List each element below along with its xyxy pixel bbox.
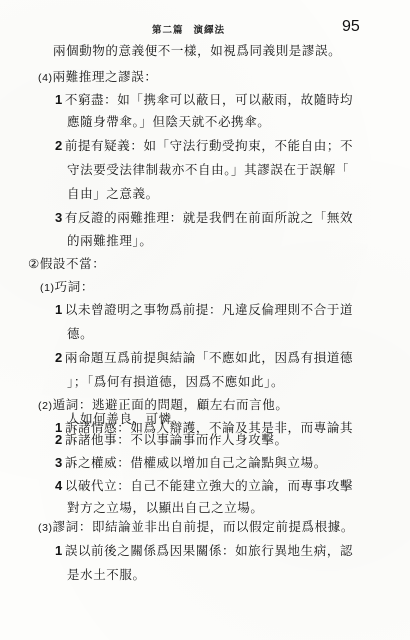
line-text: 以破代立：自己不能建立強大的立論，而專事攻擊 [65, 478, 353, 493]
line-text: 訴諸他事：不以事論事而作人身攻擊。 [65, 432, 288, 447]
subsection-heading: (4)兩難推理之謬誤： [38, 69, 157, 86]
list-item: 1以未曾證明之事物爲前提：凡違反倫理則不合于道 [55, 302, 353, 318]
list-item: 2兩命題互爲前提與結論「不應如此，因爲有損道德 [55, 350, 353, 366]
line-text: 訴之權威：借權威以增加自己之論點與立場。 [65, 455, 327, 470]
line-text: 守法要受法律制裁亦不自由。」其謬誤在于誤解「 [67, 162, 349, 177]
item-number: 1 [55, 543, 63, 558]
text-line: 對方之立場，以顯出自己之立場。 [67, 500, 264, 516]
item-marker: ② [28, 256, 40, 271]
text-line: 德。 [67, 326, 93, 342]
line-text: 假設不當： [40, 256, 106, 271]
running-header: 第二篇演繹法 95 [0, 18, 410, 38]
item-marker: (2) [38, 400, 53, 412]
text-line: 應隨身帶傘。」但陰天就不必携傘。 [67, 114, 270, 130]
item-number: 1 [55, 302, 63, 317]
line-text: 人如何善良、可憐。 [67, 411, 185, 426]
chapter-label: 第二篇 [152, 25, 184, 36]
line-text: 不窮盡：如「携傘可以蔽日，可以蔽雨，故隨時均 [65, 92, 353, 107]
text-line: 兩個動物的意義便不一樣，如視爲同義則是謬誤。 [53, 43, 341, 59]
list-item: 2前提有疑義：如「守法行動受拘束，不能自由；不 [55, 138, 353, 154]
line-text: 德。 [67, 326, 93, 341]
text-line: 」；「爲何有損道德，因爲不應如此」。 [67, 374, 284, 390]
line-text: 誤以前後之關係爲因果關係：如旅行異地生病，認 [65, 543, 353, 558]
list-item: 4以破代立：自己不能建立強大的立論，而專事攻擊 [55, 478, 353, 494]
line-text: 應隨身帶傘。」但陰天就不必携傘。 [67, 114, 270, 129]
text-line: 守法要受法律制裁亦不自由。」其謬誤在于誤解「 [67, 162, 349, 178]
item-number: 2 [55, 432, 63, 447]
line-text: 前提有疑義：如「守法行動受拘束，不能自由；不 [65, 138, 353, 153]
item-number: 3 [55, 210, 63, 225]
item-number: 2 [55, 350, 63, 365]
list-item: 3有反證的兩難推理：就是我們在前面所說之「無效 [55, 210, 353, 226]
item-marker: (3) [38, 522, 53, 534]
line-text: 有反證的兩難推理：就是我們在前面所說之「無效 [65, 210, 353, 225]
line-text: 對方之立場，以顯出自己之立場。 [67, 500, 264, 515]
line-text: 兩難推理之謬誤： [53, 69, 158, 84]
item-marker: (4) [38, 72, 53, 84]
line-text: 」；「爲何有損道德，因爲不應如此」。 [67, 374, 284, 389]
text-line: 是水土不服。 [67, 567, 146, 583]
text-line: 的兩難推理」。 [67, 233, 152, 249]
item-number: 4 [55, 478, 63, 493]
item-marker: (1) [40, 282, 55, 294]
item-number: 1 [55, 92, 63, 107]
list-item: 1誤以前後之關係爲因果關係：如旅行異地生病，認 [55, 543, 353, 559]
text-line: 自由」之意義。 [67, 186, 159, 202]
chapter-title: 第二篇演繹法 [152, 22, 225, 36]
line-text: 兩命題互爲前提與結論「不應如此，因爲有損道德 [65, 350, 353, 365]
section-heading: ②假設不當： [28, 256, 105, 272]
line-text: 謬詞：即結論並非出自前提，而以假定前提爲根據。 [53, 519, 354, 534]
line-text: 是水土不服。 [67, 567, 146, 582]
section-label: 演繹法 [194, 25, 226, 36]
item-number: 2 [55, 138, 63, 153]
line-text: 的兩難推理」。 [67, 233, 152, 248]
page-number: 95 [342, 18, 360, 36]
subsection-heading: (1)巧詞： [40, 279, 94, 296]
line-text: 以未曾證明之事物爲前提：凡違反倫理則不合于道 [65, 302, 353, 317]
item-number: 3 [55, 455, 63, 470]
text-line: 人如何善良、可憐。 [67, 411, 185, 427]
list-item: 1不窮盡：如「携傘可以蔽日，可以蔽雨，故隨時均 [55, 92, 353, 108]
list-item: 3訴之權威：借權威以增加自己之論點與立場。 [55, 455, 327, 471]
line-text: 自由」之意義。 [67, 186, 159, 201]
book-page: 第二篇演繹法 95 兩個動物的意義便不一樣，如視爲同義則是謬誤。 (4)兩難推理… [0, 0, 410, 640]
line-text: 巧詞： [55, 279, 94, 294]
subsection-heading: (3)謬詞：即結論並非出自前提，而以假定前提爲根據。 [38, 519, 354, 536]
line-text: 兩個動物的意義便不一樣，如視爲同義則是謬誤。 [53, 43, 341, 58]
list-item: 2訴諸他事：不以事論事而作人身攻擊。 [55, 432, 288, 448]
line-text: 遁詞：逃避正面的問題，顧左右而言他。 [53, 397, 289, 412]
